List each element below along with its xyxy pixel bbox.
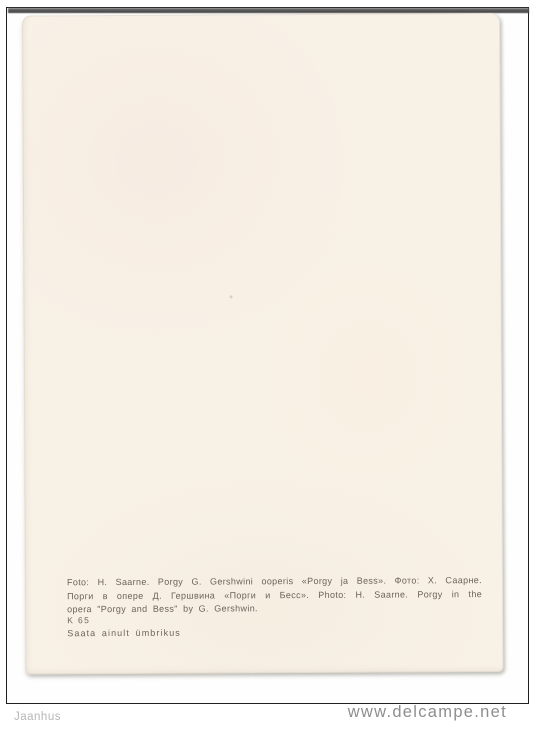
envelope-note: Saata ainult ümbrikus xyxy=(67,628,181,639)
caption-line: Порги в опере Д. Гершвина «Порги и Бесс»… xyxy=(67,588,482,604)
postcard-back: Foto: H. Saarne. Porgy G. Gershwini oope… xyxy=(22,13,503,674)
caption-line: opera "Porgy and Bess" by G. Gershwin. xyxy=(67,601,482,617)
print-speck xyxy=(229,295,232,298)
print-code: K 65 xyxy=(67,615,90,625)
delcampe-watermark: www.delcampe.net xyxy=(348,703,507,722)
card-top-edge-shadow xyxy=(8,8,529,13)
postcard-caption: Foto: H. Saarne. Porgy G. Gershwini oope… xyxy=(67,574,482,617)
seller-watermark: Jaanhus xyxy=(14,711,61,723)
scan-page: Foto: H. Saarne. Porgy G. Gershwini oope… xyxy=(0,0,537,730)
